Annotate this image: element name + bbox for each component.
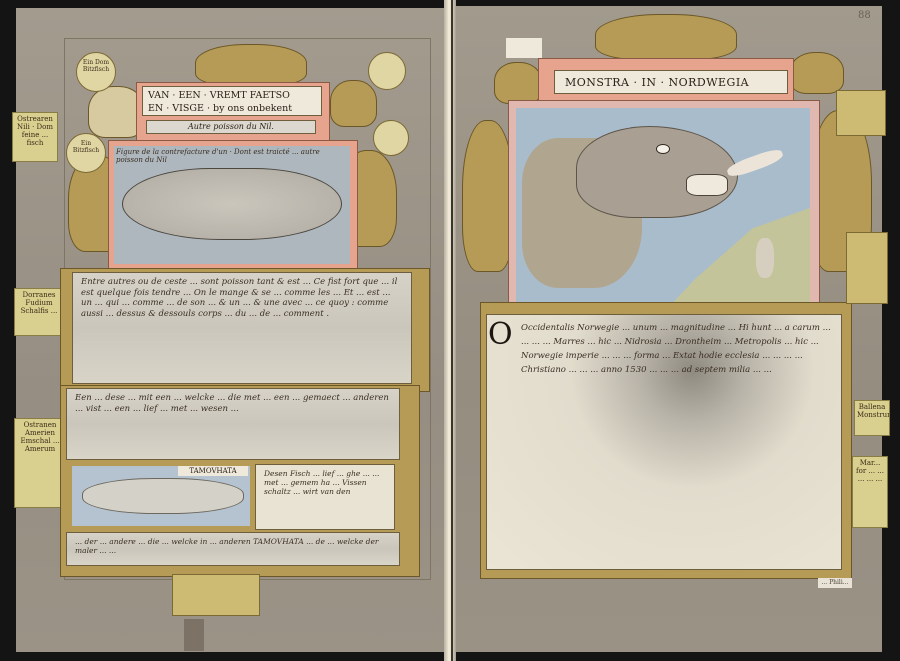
left-title-plate: VAN · EEN · VREMT FAETSO EN · VISGE · by… [142,86,322,116]
right-top-right-scroll [790,52,844,94]
right-margin-label-1 [836,90,886,136]
folio-number: 88 [858,10,871,21]
catalog-stamp: ... Phili... [818,578,852,588]
right-left-side-scroll [462,120,514,272]
right-title-plate: MONSTRA · IN · NORDWEGIA [554,70,788,94]
tamovhata-fish-illustration [82,478,244,514]
tamovhata-figure: TAMOVHATA [72,466,250,526]
right-top-left-scroll [494,62,542,104]
monster-figure [516,108,810,310]
medallion-4 [373,120,409,156]
fish-illustration [122,168,342,240]
margin-note-ostranen: Ostranen Amerien Emschal ... Amerum [14,418,66,508]
decorated-initial: O [488,320,513,350]
swallowed-man [725,147,784,180]
monster-eye [656,144,670,154]
left-title-line-1: VAN · EEN · VREMT FAETSO [148,89,316,102]
margin-note-ballena: Ballena Monstrum [854,400,890,436]
right-margin-label-2 [846,232,888,304]
margin-note-ostrearen: Ostrearen Nili · Dom feine ... fisch [12,112,58,162]
latin-text-content: Occidentalis Norwegie ... unum ... magni… [521,323,831,375]
medallion-2: Ein Bitzfisch [66,133,106,173]
tamovhata-label: TAMOVHATA [178,466,248,476]
left-crest-ornament [195,44,307,86]
french-text-block: Entre autres ou de ceste ... sont poisso… [72,272,412,384]
bottom-blank-label [172,574,260,616]
latin-text-block: Occidentalis Norwegie ... unum ... magni… [486,314,842,570]
gutter-line [451,0,453,661]
tamovhata-side-text: Desen Fisch ... lief ... ghe ... ... met… [255,464,395,530]
dutch-text-block: Een ... dese ... mit een ... welcke ... … [66,388,400,460]
medallion-1: Ein Dom Bitzfisch [76,52,116,92]
left-title-line-2: EN · VISGE · by ons onbekent [148,102,316,115]
right-crest-ornament [595,14,737,60]
book-gutter [444,0,456,661]
top-right-scroll [330,80,377,127]
figure-caption: Figure de la contrefacture d'un · Dont e… [116,148,346,168]
margin-note-right-2: Mar... for ... ... ... ... ... [852,456,888,528]
monster-teeth [686,174,728,196]
margin-note-dorranes: Dorranes Fudium Schalfis ... [14,288,64,336]
fleeing-man [756,238,774,278]
shore-land [666,208,810,310]
page-number [506,38,542,58]
bottom-text-block: ... der ... andere ... die ... welcke in… [66,532,400,566]
monster-head [576,126,738,218]
left-subtitle: Autre poisson du Nil. [146,120,316,134]
medallion-3 [368,52,406,90]
bottom-tab-marker [184,619,204,651]
